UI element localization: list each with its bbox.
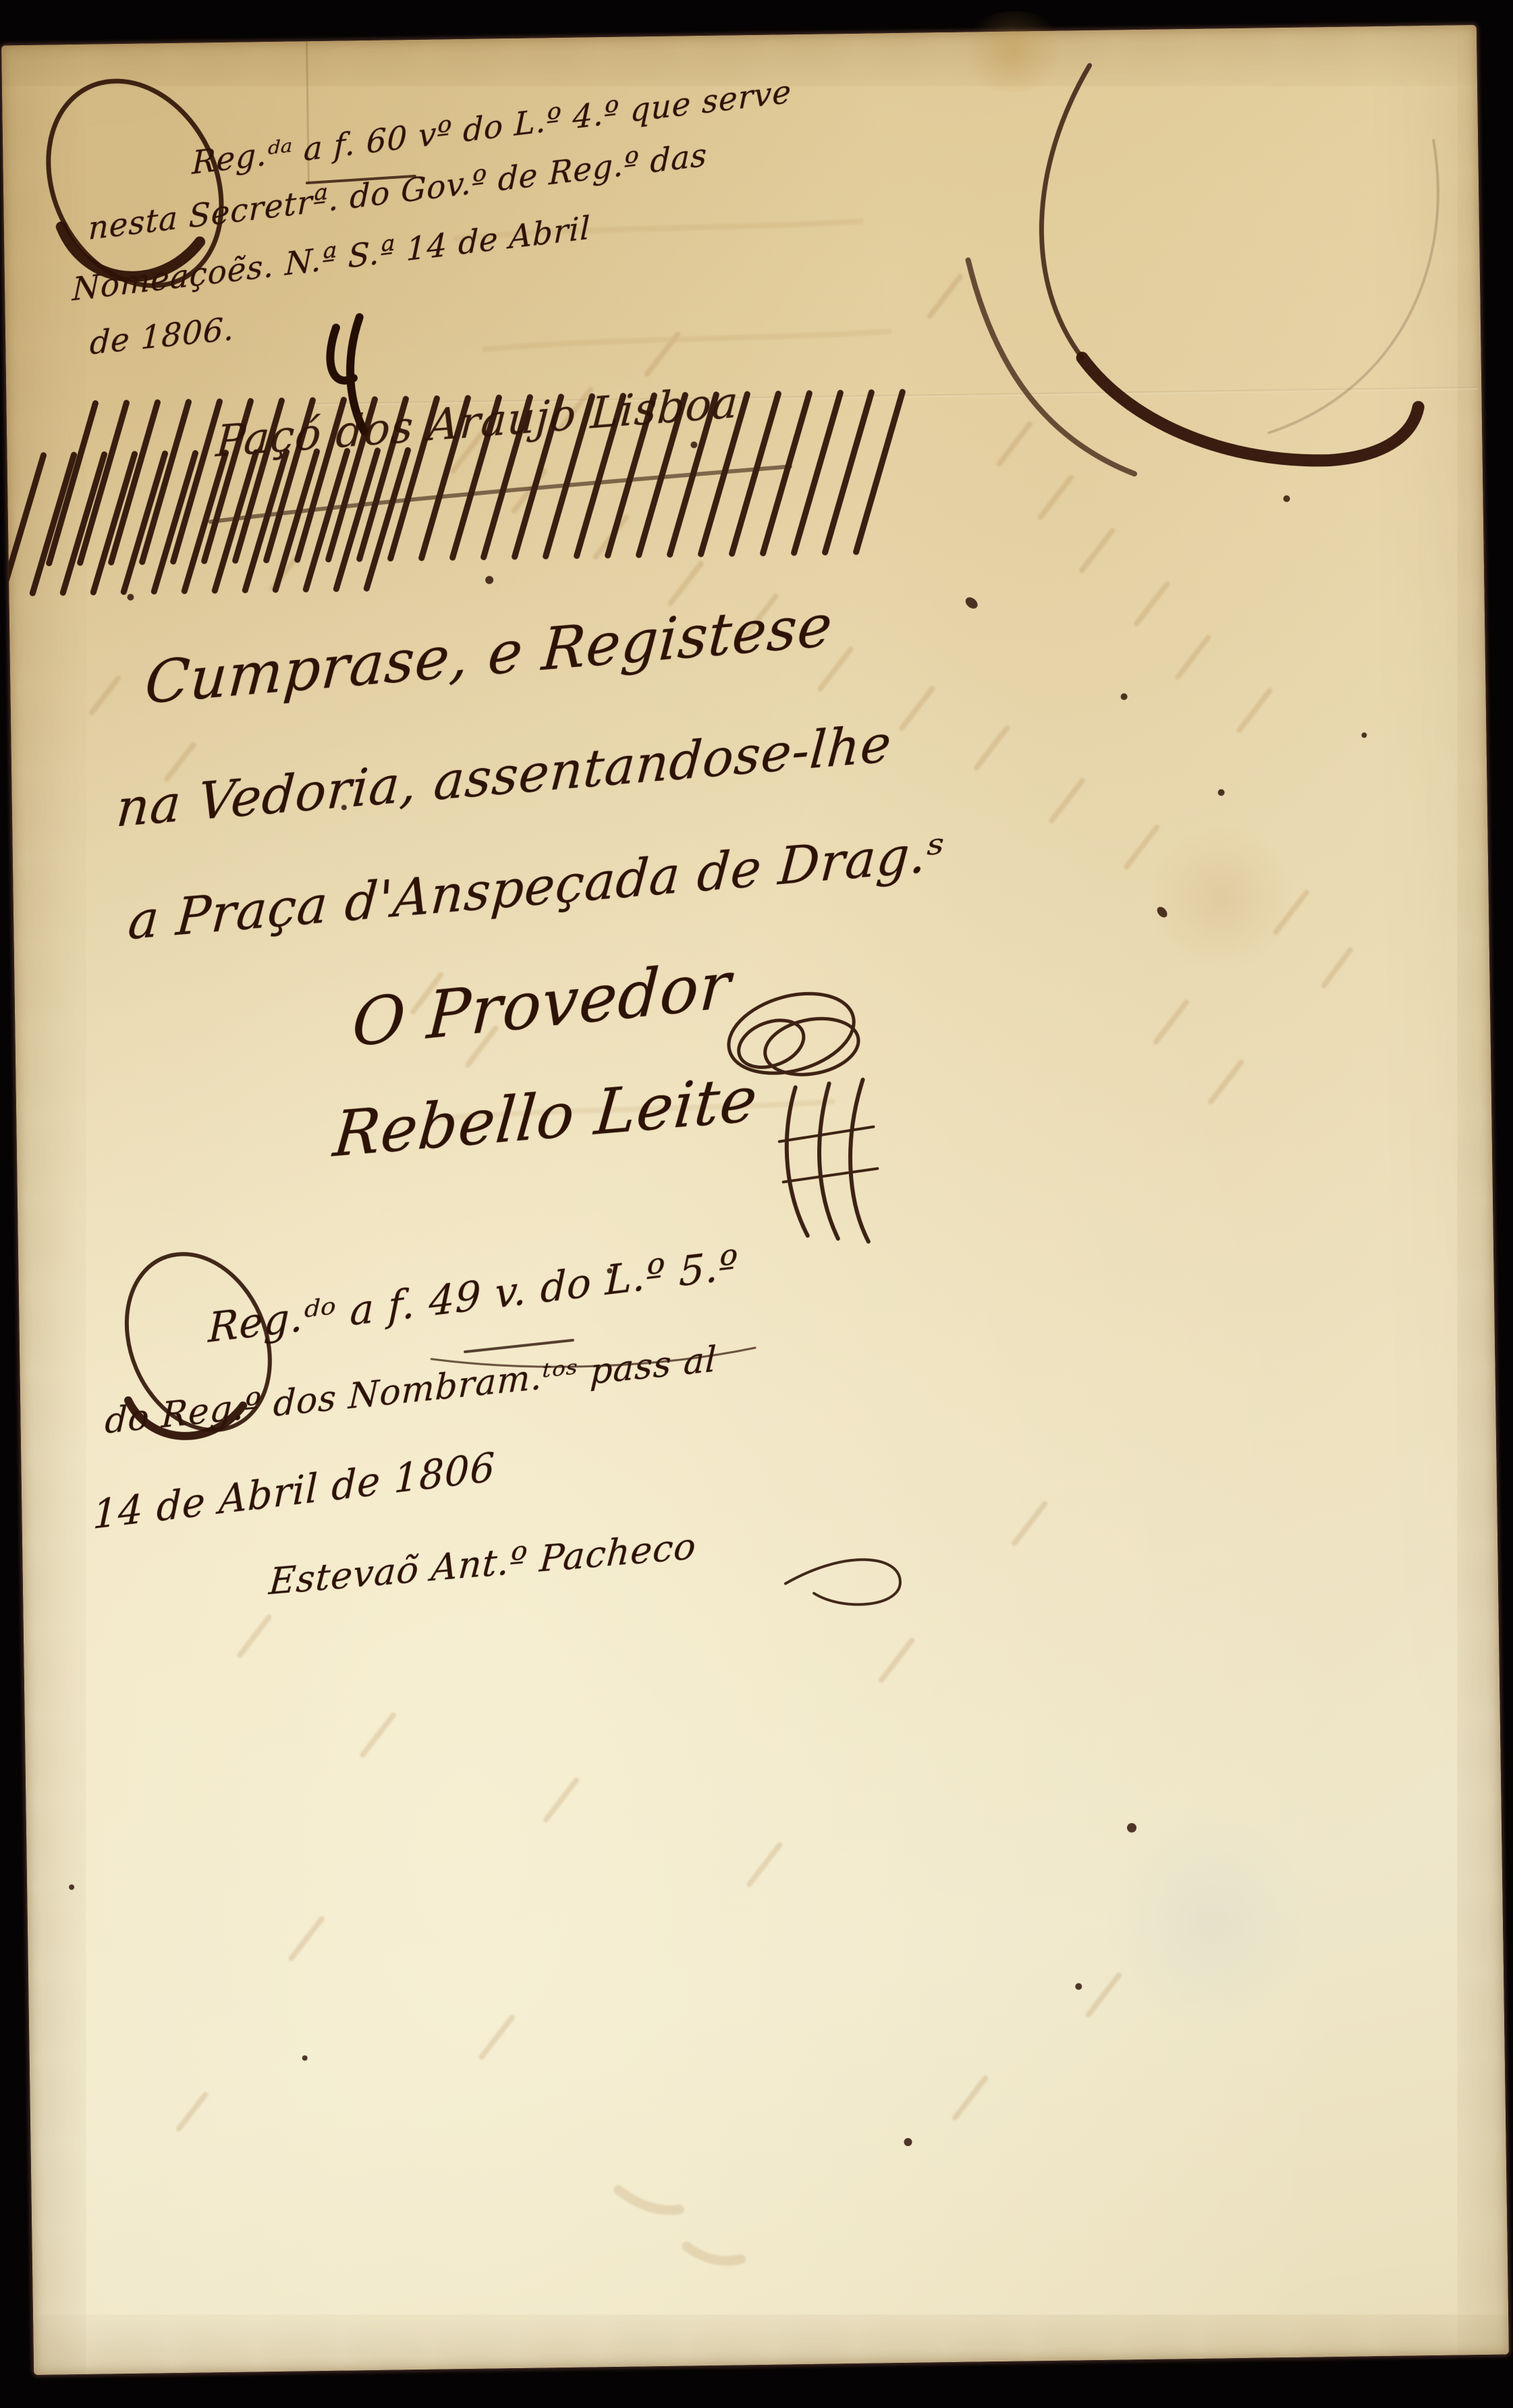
top-note-line-4: de 1806. <box>89 313 235 360</box>
second-note-line-3: 14 de Abril de 1806 <box>92 1447 496 1535</box>
top-edge-stain <box>959 10 1068 92</box>
despacho-line-1: Cumprase, e Registese <box>143 597 835 713</box>
rebello-leite-signature: Rebello Leite <box>331 1068 760 1166</box>
pacheco-paraph <box>785 1559 900 1606</box>
offset-ink-arcs <box>966 61 1442 476</box>
pale-stain <box>1099 1809 1325 2035</box>
pacheco-signature: Estevaõ Ant.º Pacheco <box>268 1528 698 1601</box>
struck-out-line: Paçó dos Araujo Lisboa <box>215 381 740 464</box>
photo-of-manuscript: { "photo": { "background_color": "#05030… <box>0 0 1513 2408</box>
bleed-through-ghost-strokes <box>85 215 1369 2270</box>
second-note-line-2: do Reg.º dos Nombram.ᵗᵒˢ pass al <box>104 1342 717 1440</box>
ink-flourishes <box>1 25 1509 2375</box>
despacho-line-3: a Praça d'Anspeçada de Drag.ˢ <box>126 827 946 947</box>
manuscript-page: Reg.ᵈᵃ a f. 60 vº do L.º 4.º que serve n… <box>1 25 1509 2375</box>
second-note-line-1: Reg.ᵈᵒ a f. 49 v. do L.º 5.º <box>208 1244 739 1348</box>
despacho-line-2: na Vedoria, assentandose-lhe <box>115 717 893 834</box>
provedor-role-line: O Provedor <box>351 952 733 1056</box>
foxing-stain <box>1146 824 1296 975</box>
